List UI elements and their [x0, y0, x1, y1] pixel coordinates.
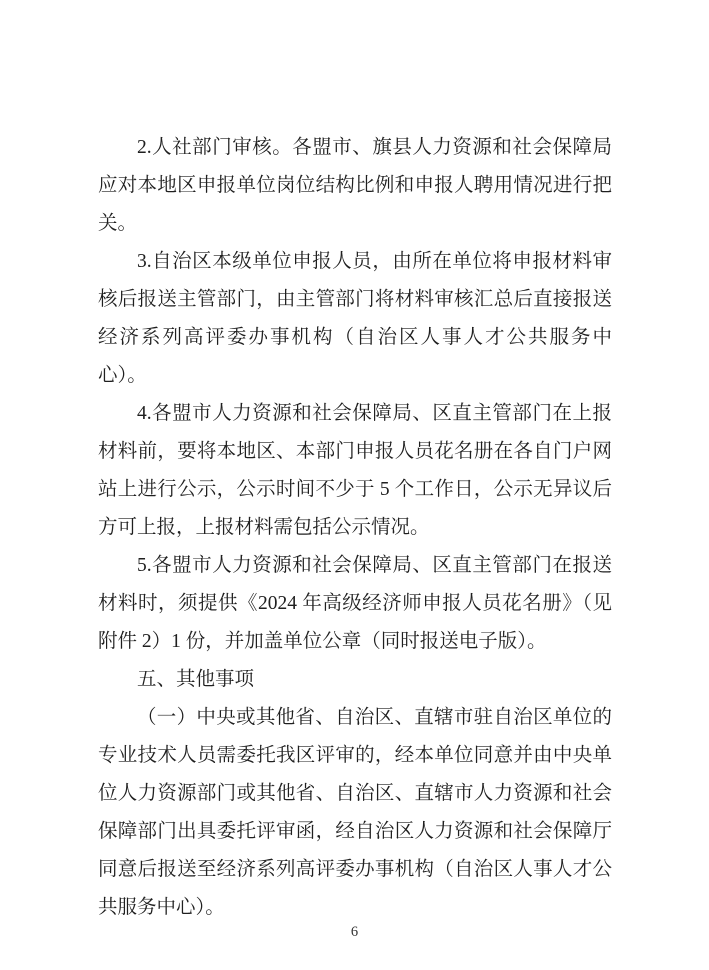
- document-page: 2.人社部门审核。各盟市、旗县人力资源和社会保障局应对本地区申报单位岗位结构比例…: [0, 0, 709, 970]
- document-body: 2.人社部门审核。各盟市、旗县人力资源和社会保障局应对本地区申报单位岗位结构比例…: [98, 129, 612, 927]
- paragraph-entrusted-review: （一）中央或其他省、自治区、直辖市驻自治区单位的专业技术人员需委托我区评审的，经…: [98, 699, 612, 927]
- paragraph-hr-department-review: 2.人社部门审核。各盟市、旗县人力资源和社会保障局应对本地区申报单位岗位结构比例…: [98, 129, 612, 243]
- paragraph-roster-submission: 5.各盟市人力资源和社会保障局、区直主管部门在报送材料时，须提供《2024 年高…: [98, 547, 612, 661]
- page-footer: 6: [0, 924, 709, 941]
- paragraph-regional-unit-applicants: 3.自治区本级单位申报人员，由所在单位将申报材料审核后报送主管部门，由主管部门将…: [98, 243, 612, 395]
- section-heading-other-matters: 五、其他事项: [98, 661, 612, 699]
- paragraph-public-notice-requirement: 4.各盟市人力资源和社会保障局、区直主管部门在上报材料前，要将本地区、本部门申报…: [98, 395, 612, 547]
- page-number: 6: [351, 924, 358, 940]
